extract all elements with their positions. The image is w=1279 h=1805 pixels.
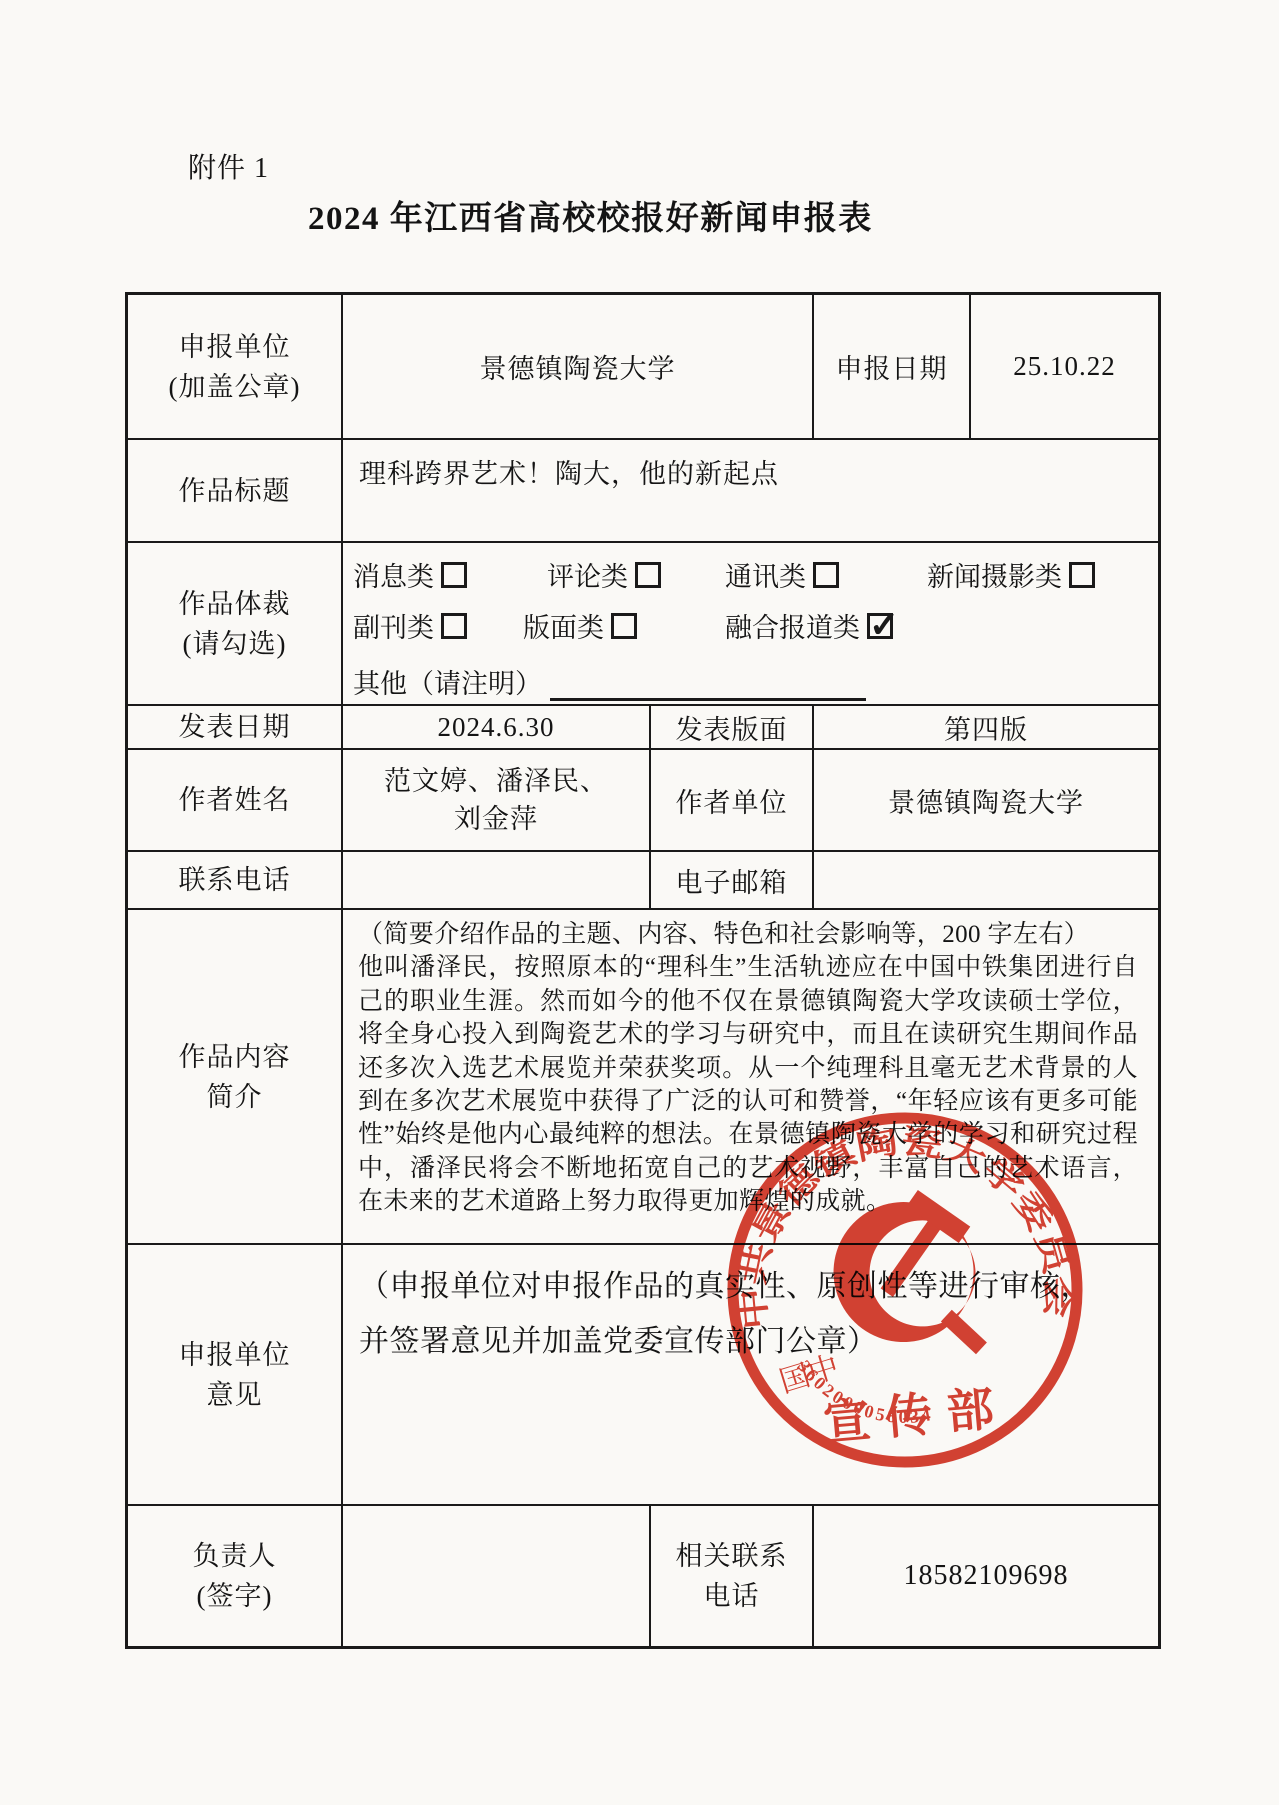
- label-line: 负责人: [193, 1536, 277, 1576]
- field-value-work-title: 理科跨界艺术！陶大，他的新起点: [341, 440, 1158, 541]
- field-value-declaring-unit: 景德镇陶瓷大学: [341, 295, 812, 438]
- attachment-label: 附件 1: [188, 146, 269, 186]
- checkbox-layout[interactable]: [611, 613, 637, 639]
- genre-options-line-1: 消息类 评论类 通讯类 新闻摄影类: [353, 549, 1150, 600]
- field-label-related-phone: 相关联系 电话: [649, 1506, 812, 1646]
- label-line: (签字): [197, 1576, 273, 1616]
- label-line: 简介: [207, 1077, 263, 1117]
- summary-hint: （简要介绍作品的主题、内容、特色和社会影响等，200 字左右）: [358, 918, 1138, 951]
- label-line: 联系电话: [179, 860, 291, 900]
- field-label-unit-opinion: 申报单位 意见: [128, 1245, 341, 1504]
- row-contact: 联系电话 电子邮箱: [128, 850, 1158, 908]
- field-label-declaring-unit: 申报单位 (加盖公章): [128, 295, 341, 438]
- genre-option-label: 通讯类: [725, 555, 806, 594]
- field-value-publish-date: 2024.6.30: [341, 706, 649, 748]
- label-line: 申报单位: [179, 1335, 291, 1375]
- genre-option-commentary: 评论类: [547, 555, 661, 594]
- label-line: 相关联系: [676, 1536, 788, 1576]
- field-value-author-unit: 景德镇陶瓷大学: [812, 750, 1158, 850]
- field-value-email[interactable]: [812, 852, 1158, 908]
- checkbox-news[interactable]: [441, 562, 467, 588]
- field-value-unit-opinion: （申报单位对申报作品的真实性、原创性等进行审核， 并签署意见并加盖党委宣传部门公…: [341, 1245, 1158, 1504]
- genre-option-integrated-report: 融合报道类: [725, 606, 893, 645]
- genre-option-label: 消息类: [353, 555, 434, 594]
- field-label-responsible: 负责人 (签字): [128, 1506, 341, 1646]
- genre-option-label: 副刊类: [353, 606, 434, 645]
- row-summary: 作品内容 简介 （简要介绍作品的主题、内容、特色和社会影响等，200 字左右） …: [128, 908, 1158, 1243]
- genre-option-label: 新闻摄影类: [927, 555, 1062, 594]
- genre-option-layout: 版面类: [523, 606, 637, 645]
- field-label-genre: 作品体裁 (请勾选): [128, 543, 341, 704]
- label-line: 意见: [207, 1375, 263, 1415]
- label-line: (加盖公章): [169, 367, 301, 407]
- field-value-authors: 范文婷、潘泽民、刘金萍: [341, 750, 649, 850]
- checkbox-commentary[interactable]: [635, 562, 661, 588]
- row-genre: 作品体裁 (请勾选) 消息类 评论类 通讯类 新闻摄影类 副刊类 版面类 融合报…: [128, 541, 1158, 704]
- field-value-apply-date: 25.10.22: [969, 295, 1158, 438]
- genre-option-label: 版面类: [523, 606, 604, 645]
- label-line: 发表日期: [179, 710, 291, 744]
- label-line: 作品内容: [179, 1037, 291, 1077]
- field-value-related-phone: 18582109698: [812, 1506, 1158, 1646]
- genre-options-cell: 消息类 评论类 通讯类 新闻摄影类 副刊类 版面类 融合报道类 其他（请注明）: [341, 543, 1158, 704]
- genre-option-supplement: 副刊类: [353, 606, 467, 645]
- summary-text: 他叫潘泽民，按照原本的“理科生”生活轨迹应在中国中铁集团进行自己的职业生涯。然而…: [358, 951, 1138, 1218]
- row-declaring-unit: 申报单位 (加盖公章) 景德镇陶瓷大学 申报日期 25.10.22: [128, 295, 1158, 438]
- row-publish-date: 发表日期 2024.6.30 发表版面 第四版: [128, 704, 1158, 748]
- label-line: 电话: [704, 1576, 760, 1616]
- genre-option-news: 消息类: [353, 555, 467, 594]
- label-line: 作品标题: [179, 471, 291, 511]
- field-label-publish-date: 发表日期: [128, 706, 341, 748]
- genre-option-label: 评论类: [547, 555, 628, 594]
- row-authors: 作者姓名 范文婷、潘泽民、刘金萍 作者单位 景德镇陶瓷大学: [128, 748, 1158, 850]
- genre-other-blank-line[interactable]: [550, 666, 866, 701]
- genre-other-label: 其他（请注明）: [353, 662, 542, 701]
- checkbox-communication[interactable]: [813, 562, 839, 588]
- field-value-publish-page: 第四版: [812, 706, 1158, 748]
- genre-option-communication: 通讯类: [725, 555, 839, 594]
- field-value-summary: （简要介绍作品的主题、内容、特色和社会影响等，200 字左右） 他叫潘泽民，按照…: [341, 910, 1158, 1243]
- checkbox-supplement[interactable]: [441, 613, 467, 639]
- field-label-apply-date: 申报日期: [812, 295, 969, 438]
- label-line: (请勾选): [183, 624, 287, 664]
- scanned-form-page: 附件 1 2024 年江西省高校校报好新闻申报表 申报单位 (加盖公章) 景德镇…: [0, 0, 1279, 1805]
- genre-other-line: 其他（请注明）: [353, 651, 1150, 701]
- checkbox-integrated-report[interactable]: [867, 613, 893, 639]
- field-label-work-title: 作品标题: [128, 440, 341, 541]
- label-line: 作品体裁: [179, 584, 291, 624]
- checkbox-photography[interactable]: [1069, 562, 1095, 588]
- field-value-responsible-signature[interactable]: [341, 1506, 649, 1646]
- form-title: 2024 年江西省高校校报好新闻申报表: [308, 192, 873, 239]
- application-form-table: 申报单位 (加盖公章) 景德镇陶瓷大学 申报日期 25.10.22 作品标题 理…: [125, 292, 1161, 1649]
- field-label-summary: 作品内容 简介: [128, 910, 341, 1243]
- field-label-email: 电子邮箱: [649, 852, 812, 908]
- row-unit-opinion: 申报单位 意见 （申报单位对申报作品的真实性、原创性等进行审核， 并签署意见并加…: [128, 1243, 1158, 1504]
- authors-text: 范文婷、潘泽民、刘金萍: [381, 762, 611, 838]
- field-label-publish-page: 发表版面: [649, 706, 812, 748]
- field-label-authors: 作者姓名: [128, 750, 341, 850]
- genre-options-line-2: 副刊类 版面类 融合报道类: [353, 600, 1150, 651]
- field-value-contact-phone[interactable]: [341, 852, 649, 908]
- row-work-title: 作品标题 理科跨界艺术！陶大，他的新起点: [128, 438, 1158, 541]
- field-label-contact-phone: 联系电话: [128, 852, 341, 908]
- genre-option-photography: 新闻摄影类: [927, 555, 1095, 594]
- row-responsible: 负责人 (签字) 相关联系 电话 18582109698: [128, 1504, 1158, 1646]
- field-label-author-unit: 作者单位: [649, 750, 812, 850]
- genre-option-label: 融合报道类: [725, 606, 860, 645]
- label-line: 作者姓名: [179, 780, 291, 820]
- label-line: 申报单位: [179, 327, 291, 367]
